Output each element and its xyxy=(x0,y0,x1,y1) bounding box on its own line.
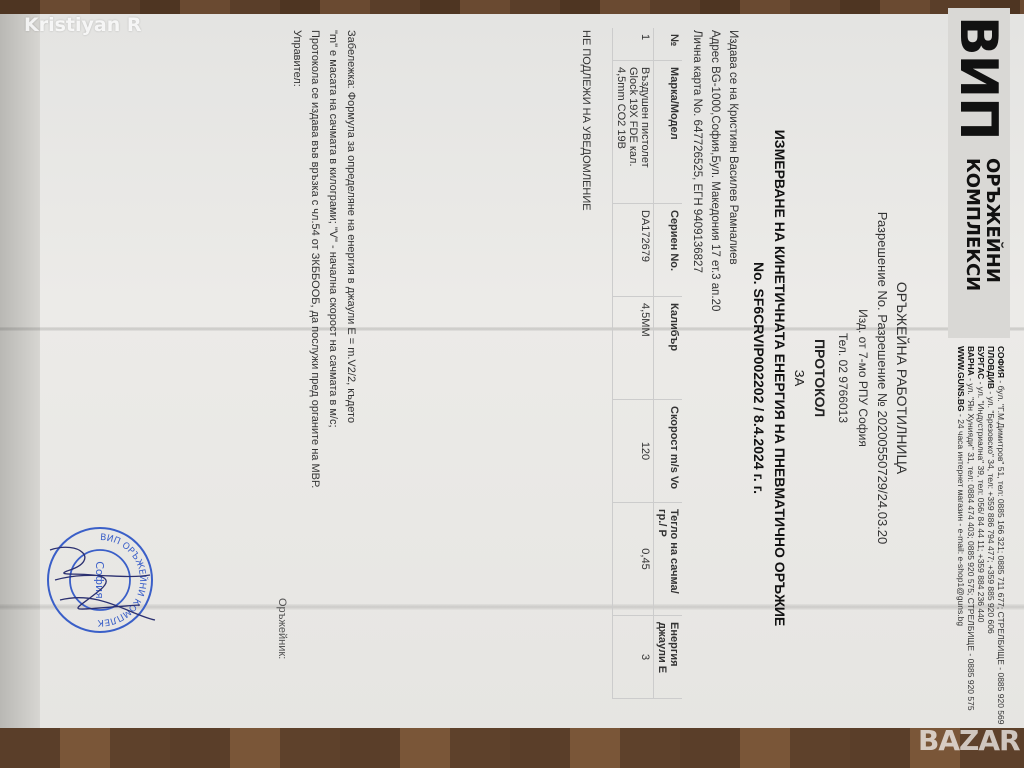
table-header-row: № Марка/Модел Сериен No. Калибър Скорост… xyxy=(654,28,683,699)
phone-number: Тел. 02 9766013 xyxy=(836,8,850,748)
contact-line: ВАРНА - ул. "Ян Хунияди" 31, тел: 0884 4… xyxy=(966,346,976,766)
col-pellet-weight: Тегло на сачма/гр./ P xyxy=(654,503,683,616)
measurement-table: № Марка/Модел Сериен No. Калибър Скорост… xyxy=(612,28,682,699)
recipient-info: Издава се на Кристиян Василев Рамналиев … xyxy=(688,30,742,311)
col-caliber: Калибър xyxy=(654,297,683,400)
cell-model: Въздушен пистолет Glock 19X FDE кал. 4,5… xyxy=(613,61,654,204)
logo-sub-text: ОРЪЖЕЙНИ КОМПЛЕКСИ xyxy=(962,158,1002,291)
stamp-inner-text: София xyxy=(93,561,106,599)
contacts-block: СОФИЯ - бул. "Г.М.Димитров" 51, тел: 088… xyxy=(956,346,1006,766)
col-model: Марка/Модел xyxy=(654,61,683,204)
measurement-title: ИЗМЕРВАНЕ НА КИНЕТИЧНАТА ЕНЕРГИЯ НА ПНЕВ… xyxy=(772,8,788,748)
contact-line: БУРГАС - ул. "Индустриална" 39, тел: 056… xyxy=(976,346,986,766)
cell-energy: 3 xyxy=(613,616,654,699)
cell-caliber: 4,5MM xyxy=(613,297,654,400)
note-line: Управител: xyxy=(288,30,306,750)
cell-pellet-weight: 0,45 xyxy=(613,503,654,616)
protocol-document: ВИП ОРЪЖЕЙНИ КОМПЛЕКСИ СОФИЯ - бул. "Г.М… xyxy=(10,8,1010,748)
col-number: № xyxy=(654,28,683,61)
recipient-id: Лична карта No. 647726525, ЕГН 940913682… xyxy=(688,30,706,311)
logo-main-text: ВИП xyxy=(948,16,1008,140)
protocol-title: ПРОТОКОЛ xyxy=(812,8,828,748)
permit-number: Разрешение No. Разрешение № 20200550729/… xyxy=(875,8,890,748)
logo-sub-line-2: КОМПЛЕКСИ xyxy=(962,158,983,291)
protocol-number: No. SF6CRVIP002202 / 8.4.2024 г. г. xyxy=(751,8,767,748)
table-row: 1 Въздушен пистолет Glock 19X FDE кал. 4… xyxy=(613,28,654,699)
note-line: Забележка: Формула за определяне на енер… xyxy=(342,30,360,750)
col-serial: Сериен No. xyxy=(654,204,683,297)
footnote-block: Забележка: Формула за определяне на енер… xyxy=(288,30,360,750)
col-energy: Енергия джаули E xyxy=(654,616,683,699)
recipient-name: Издава се на Кристиян Василев Рамналиев xyxy=(724,30,742,311)
workshop-title: ОРЪЖЕЙНА РАБОТИЛНИЦА xyxy=(894,8,910,748)
site-watermark: BAZAR xyxy=(918,724,1020,757)
seller-watermark: Kristiyan R xyxy=(24,14,142,36)
contact-line: WWW.GUNS.BG - 24 часа интернет магазин -… xyxy=(956,346,966,766)
for-label: ЗА xyxy=(792,8,807,748)
note-line: "m" е масата на сачмата в килограми; "V"… xyxy=(324,30,342,750)
cell-number: 1 xyxy=(613,28,654,61)
company-stamp: София ВИП ОРЪЖЕЙНИ КОМПЛЕКСИ * ЕООД * xyxy=(40,520,160,640)
logo-sub-line-1: ОРЪЖЕЙНИ xyxy=(982,158,1003,283)
cell-serial: DA172679 xyxy=(613,204,654,297)
contact-line: СОФИЯ - бул. "Г.М.Димитров" 51, тел: 088… xyxy=(996,346,1006,766)
note-line: Протокола се издава във връзка с чл.54 о… xyxy=(306,30,324,750)
gunsmith-label: Оръжейник: xyxy=(276,598,288,659)
issued-by: Изд. от 7-мо РПУ София xyxy=(856,8,870,748)
col-velocity: Скорост m/s Vo xyxy=(654,400,683,503)
company-logo: ВИП ОРЪЖЕЙНИ КОМПЛЕКСИ xyxy=(948,8,1010,338)
recipient-address: Адрес BG-1000,София,Бул. Македония 17 ет… xyxy=(706,30,724,311)
contact-line: ПЛОВДИВ - ул. "Брезовско" 34, тел: +359 … xyxy=(986,346,996,766)
notification-note: НЕ ПОДЛЕЖИ НА УВЕДОМЛЕНИЕ xyxy=(580,30,592,211)
cell-velocity: 120 xyxy=(613,400,654,503)
